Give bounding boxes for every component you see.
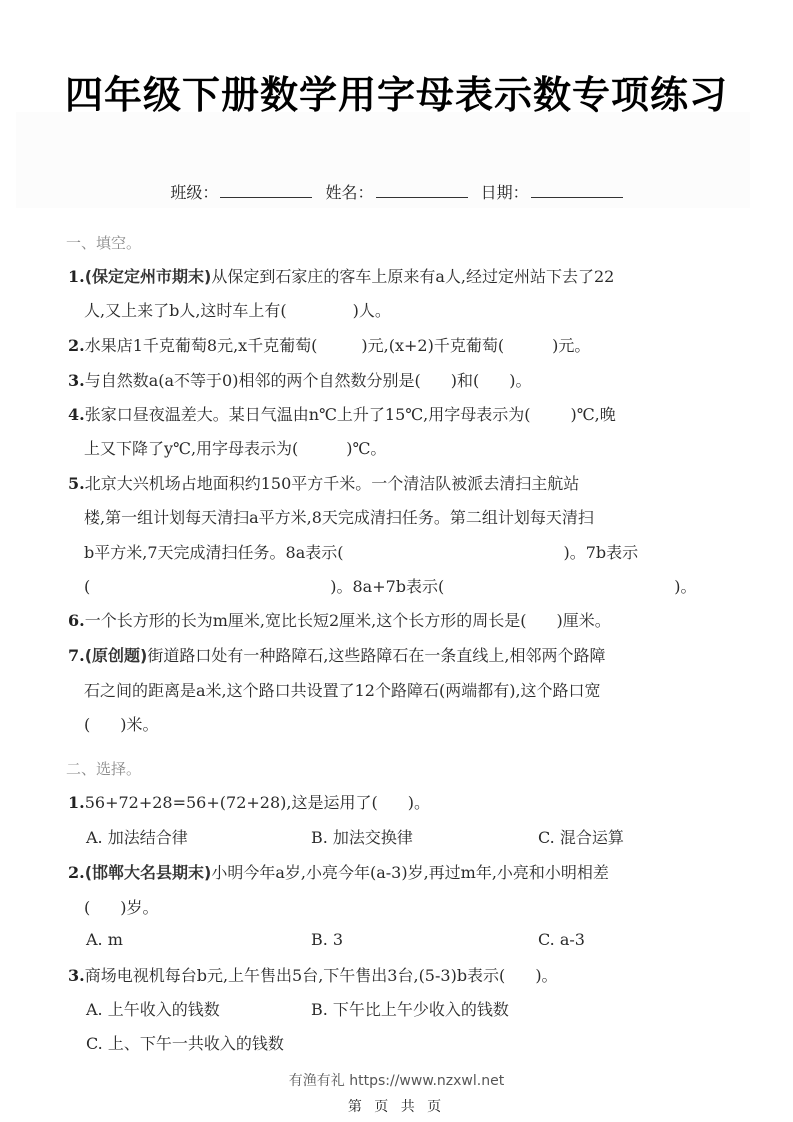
choice-question-2-line-2: ()岁。 [84, 895, 159, 918]
question-4-line-2: 上又下降了y℃,用字母表示为()℃。 [84, 436, 386, 459]
choice-question-3: 3.商场电视机每台b元,上午售出5台,下午售出3台,(5-3)b表示()。 [68, 963, 558, 986]
student-info-row: 班级： 姓名： 日期： [0, 180, 793, 203]
choice-1-option-a[interactable]: A. 加法结合律 [86, 825, 188, 848]
footer-page-number: 第 页 共 页 [0, 1096, 793, 1116]
class-field: 班级： [170, 180, 312, 203]
question-2: 2.水果店1千克葡萄8元,x千克葡萄()元,(x+2)千克葡萄()元。 [68, 333, 590, 356]
section-choice-heading: 二、选择。 [66, 758, 141, 779]
choice-2-option-a[interactable]: A. m [86, 930, 123, 949]
question-1-line-1: 1.(保定定州市期末)从保定到石家庄的客车上原来有a人,经过定州站下去了22 [68, 264, 614, 287]
date-blank[interactable] [531, 184, 623, 198]
class-blank[interactable] [220, 184, 312, 198]
choice-1-option-c[interactable]: C. 混合运算 [538, 825, 624, 848]
section-fill-blank-heading: 一、填空。 [66, 232, 141, 253]
choice-3-option-b[interactable]: B. 下午比上午少收入的钱数 [311, 997, 509, 1020]
question-7-line-1: 7.(原创题)街道路口处有一种路障石,这些路障石在一条直线上,相邻两个路障 [68, 643, 606, 666]
question-6: 6.一个长方形的长为m厘米,宽比长短2厘米,这个长方形的周长是()厘米。 [68, 608, 611, 631]
choice-1-option-b[interactable]: B. 加法交换律 [311, 825, 413, 848]
name-field: 姓名： [325, 180, 467, 203]
question-1-line-2: 人,又上来了b人,这时车上有()人。 [84, 298, 391, 321]
question-4-line-1: 4.张家口昼夜温差大。某日气温由n℃上升了15℃,用字母表示为()℃,晚 [68, 402, 616, 425]
choice-2-option-b[interactable]: B. 3 [311, 930, 343, 949]
question-source-tag: (邯郸大名县期末) [85, 863, 212, 882]
name-blank[interactable] [376, 184, 468, 198]
question-source-tag: (原创题) [85, 646, 148, 665]
choice-question-1: 1.56+72+28=56+(72+28),这是运用了()。 [68, 790, 430, 813]
question-3: 3.与自然数a(a不等于0)相邻的两个自然数分别是()和()。 [68, 368, 531, 391]
question-7-line-3: ()米。 [84, 712, 159, 735]
footer-website: 有渔有礼 https://www.nzxwl.net [0, 1070, 793, 1090]
choice-3-option-c[interactable]: C. 上、下午一共收入的钱数 [86, 1031, 284, 1054]
date-label: 日期： [481, 183, 529, 202]
choice-2-option-c[interactable]: C. a-3 [538, 930, 585, 949]
page-title: 四年级下册数学用字母表示数专项练习 [0, 64, 793, 119]
question-5-line-2: 楼,第一组计划每天清扫a平方米,8天完成清扫任务。第二组计划每天清扫 [84, 505, 594, 528]
question-7-line-2: 石之间的距离是a米,这个路口共设置了12个路障石(两端都有),这个路口宽 [84, 678, 601, 701]
question-5-line-1: 5.北京大兴机场占地面积约150平方千米。一个清洁队被派去清扫主航站 [68, 471, 579, 494]
choice-question-2-line-1: 2.(邯郸大名县期末)小明今年a岁,小亮今年(a-3)岁,再过m年,小亮和小明相… [68, 860, 609, 883]
question-5-line-3: b平方米,7天完成清扫任务。8a表示()。7b表示 [84, 540, 638, 563]
choice-3-option-a[interactable]: A. 上午收入的钱数 [86, 997, 220, 1020]
class-label: 班级： [170, 183, 218, 202]
name-label: 姓名： [325, 183, 373, 202]
question-5-line-4: ()。8a+7b表示()。 [84, 574, 697, 597]
question-source-tag: (保定定州市期末) [85, 267, 212, 286]
date-field: 日期： [481, 180, 623, 203]
